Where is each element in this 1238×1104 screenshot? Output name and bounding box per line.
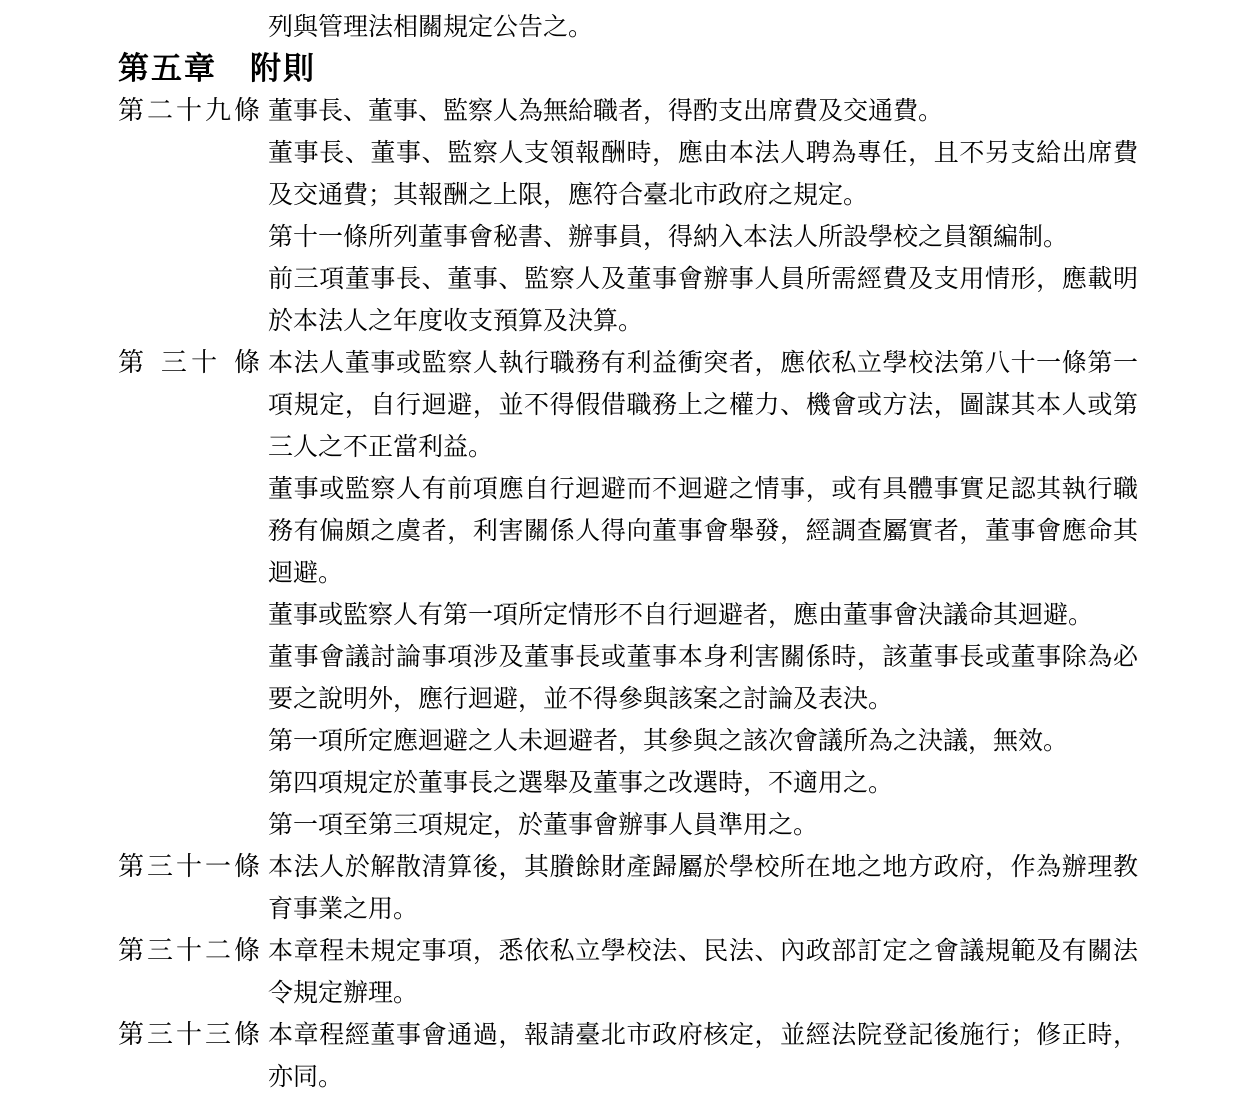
article-number: 第二十九條 [118, 90, 268, 132]
continuation-text: 列與管理法相關規定公告之。 [268, 6, 1138, 48]
article-paragraph: 第十一條所列董事會秘書、辦事員，得納入本法人所設學校之員額編制。 [268, 216, 1138, 258]
article-paragraph: 董事會議討論事項涉及董事長或董事本身利害關係時，該董事長或董事除為必要之說明外，… [268, 636, 1138, 720]
article-paragraph: 本章程經董事會通過，報請臺北市政府核定，並經法院登記後施行；修正時，亦同。 [268, 1014, 1138, 1098]
article: 第三十三條 本章程經董事會通過，報請臺北市政府核定，並經法院登記後施行；修正時，… [118, 1014, 1138, 1098]
article-paragraph: 第一項至第三項規定，於董事會辦事人員準用之。 [268, 804, 1138, 846]
article-paragraph: 本法人於解散清算後，其賸餘財產歸屬於學校所在地之地方政府，作為辦理教育事業之用。 [268, 846, 1138, 930]
article-paragraphs: 本章程未規定事項，悉依私立學校法、民法、內政部訂定之會議規範及有關法令規定辦理。 [268, 930, 1138, 1014]
article-paragraphs: 本法人董事或監察人執行職務有利益衝突者，應依私立學校法第八十一條第一項規定，自行… [268, 342, 1138, 846]
article-paragraph: 本法人董事或監察人執行職務有利益衝突者，應依私立學校法第八十一條第一項規定，自行… [268, 342, 1138, 468]
document-page: 列與管理法相關規定公告之。 第五章 附則 第二十九條 董事長、董事、監察人為無給… [0, 0, 1238, 1104]
article-paragraph: 前三項董事長、董事、監察人及董事會辦事人員所需經費及支用情形，應載明於本法人之年… [268, 258, 1138, 342]
article-paragraphs: 董事長、董事、監察人為無給職者，得酌支出席費及交通費。董事長、董事、監察人支領報… [268, 90, 1138, 342]
article: 第三十一條 本法人於解散清算後，其賸餘財產歸屬於學校所在地之地方政府，作為辦理教… [118, 846, 1138, 930]
article-paragraph: 董事或監察人有第一項所定情形不自行迴避者，應由董事會決議命其迴避。 [268, 594, 1138, 636]
articles-list: 第二十九條 董事長、董事、監察人為無給職者，得酌支出席費及交通費。董事長、董事、… [118, 90, 1138, 1098]
article-paragraph: 董事長、董事、監察人支領報酬時，應由本法人聘為專任，且不另支給出席費及交通費；其… [268, 132, 1138, 216]
article-number: 第三十二條 [118, 930, 268, 972]
article-paragraph: 本章程未規定事項，悉依私立學校法、民法、內政部訂定之會議規範及有關法令規定辦理。 [268, 930, 1138, 1014]
article: 第三十二條 本章程未規定事項，悉依私立學校法、民法、內政部訂定之會議規範及有關法… [118, 930, 1138, 1014]
article-paragraph: 董事或監察人有前項應自行迴避而不迴避之情事，或有具體事實足認其執行職務有偏頗之虞… [268, 468, 1138, 594]
article-paragraph: 董事長、董事、監察人為無給職者，得酌支出席費及交通費。 [268, 90, 1138, 132]
article: 第二十九條 董事長、董事、監察人為無給職者，得酌支出席費及交通費。董事長、董事、… [118, 90, 1138, 342]
article-number: 第 三十 條 [118, 342, 268, 384]
article-number: 第三十三條 [118, 1014, 268, 1056]
chapter-heading: 第五章 附則 [118, 48, 1138, 90]
article-paragraphs: 本章程經董事會通過，報請臺北市政府核定，並經法院登記後施行；修正時，亦同。 [268, 1014, 1138, 1098]
article-number: 第三十一條 [118, 846, 268, 888]
article-paragraph: 第一項所定應迴避之人未迴避者，其參與之該次會議所為之決議，無效。 [268, 720, 1138, 762]
article-paragraph: 第四項規定於董事長之選舉及董事之改選時，不適用之。 [268, 762, 1138, 804]
article: 第 三十 條 本法人董事或監察人執行職務有利益衝突者，應依私立學校法第八十一條第… [118, 342, 1138, 846]
article-paragraphs: 本法人於解散清算後，其賸餘財產歸屬於學校所在地之地方政府，作為辦理教育事業之用。 [268, 846, 1138, 930]
